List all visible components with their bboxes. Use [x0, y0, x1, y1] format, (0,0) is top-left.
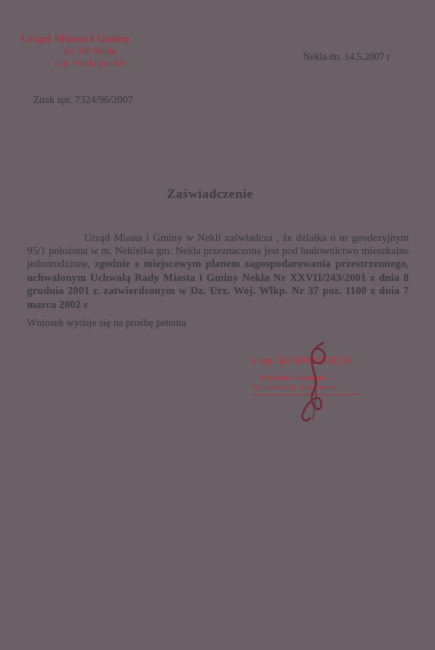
office-stamp-name: Urząd Miasta i Gminy: [21, 33, 159, 47]
office-stamp-postcode: 62-330 Nekla: [21, 47, 159, 59]
office-stamp-region: woj. wielkopolskie: [21, 59, 159, 71]
office-stamp: Urząd Miasta i Gminy 62-330 Nekla woj. w…: [21, 33, 159, 71]
document-title: Zaświadczenie: [0, 186, 420, 202]
note-line: Wniosek wydaje się na prośbę petenta: [27, 318, 186, 329]
reference-number: Znak spr. 7324/96/2007: [33, 95, 133, 106]
scanned-document-page: Urząd Miasta i Gminy 62-330 Nekla woj. w…: [0, 0, 435, 650]
signature-mark-icon: [295, 340, 341, 426]
date-line: Nekla dn. 14.5.2007 r: [303, 52, 390, 63]
body-paragraph: Urząd Miasta i Gminy w Nekli zaświadcza …: [27, 232, 409, 312]
